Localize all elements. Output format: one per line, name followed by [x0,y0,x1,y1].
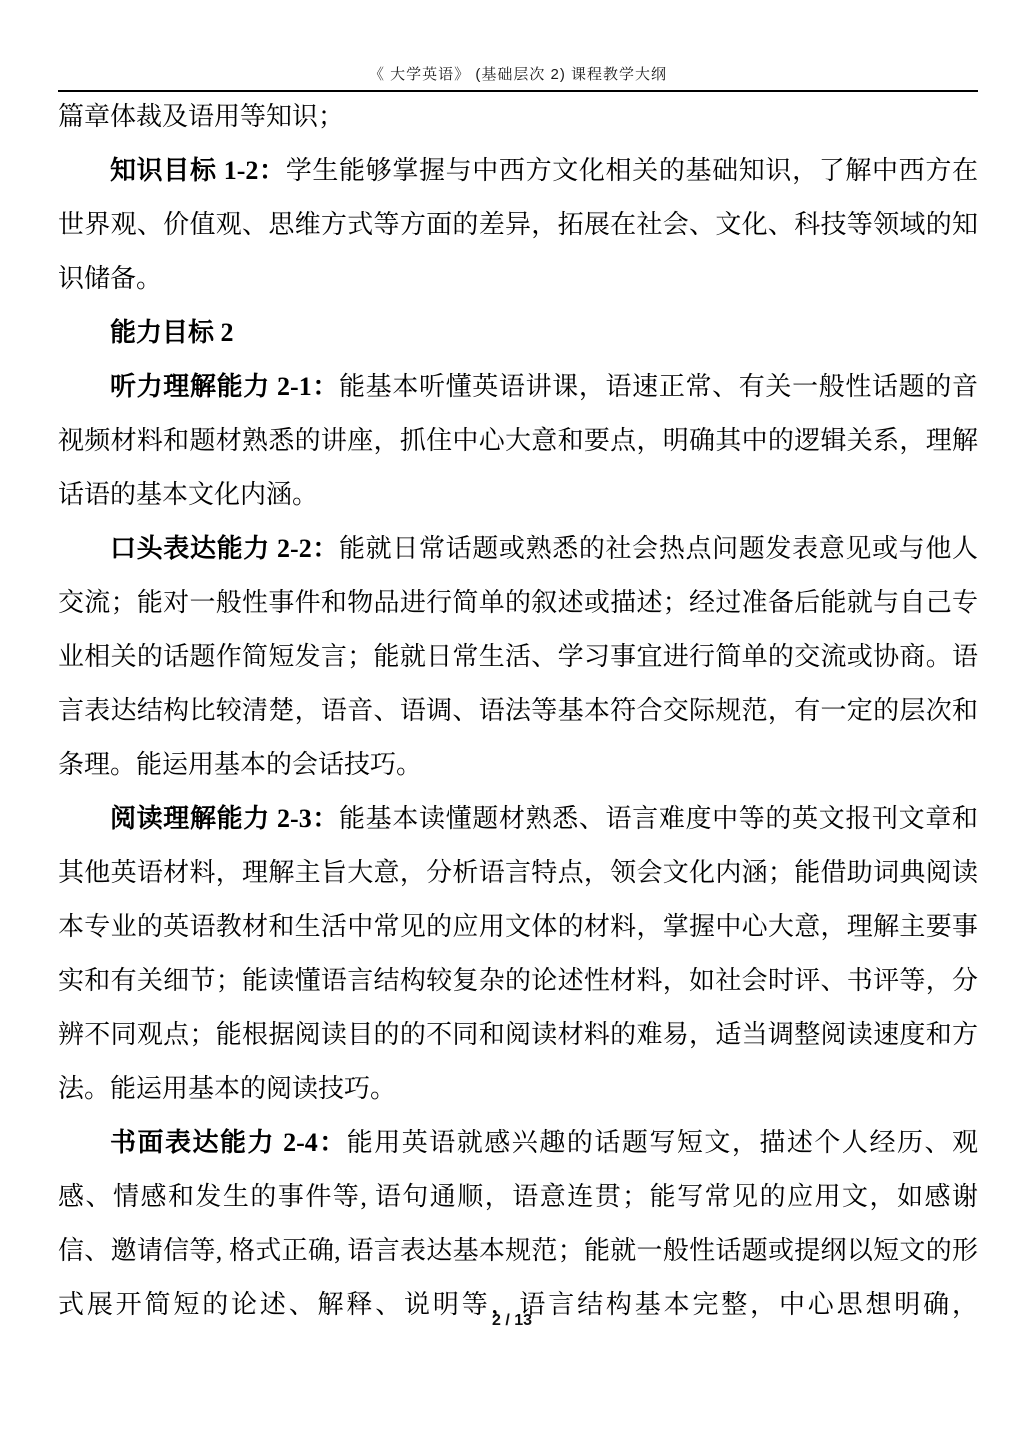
paragraph-text: 篇章体裁及语用等知识； [58,102,344,131]
paragraph: 书面表达能力 2-4：能用英语就感兴趣的话题写短文，描述个人经历、观感、情感和发… [58,1116,978,1332]
document-body: 篇章体裁及语用等知识；知识目标 1-2：学生能够掌握与中西方文化相关的基础知识，… [58,90,978,1332]
paragraph-lead-label: 口头表达能力 2-2： [110,534,339,563]
paragraph-lead-label: 听力理解能力 2-1： [110,372,339,401]
paragraph-lead-label: 阅读理解能力 2-3： [110,804,339,833]
paragraph: 阅读理解能力 2-3：能基本读懂题材熟悉、语言难度中等的英文报刊文章和其他英语材… [58,792,978,1116]
paragraph: 能力目标 2 [58,306,978,360]
paragraph: 篇章体裁及语用等知识； [58,90,978,144]
paragraph-text: 能就日常话题或熟悉的社会热点问题发表意见或与他人交流；能对一般性事件和物品进行简… [58,534,978,779]
paragraph-lead-label: 知识目标 1-2： [110,156,286,185]
page-header-title: 《 大学英语》 (基础层次 2) 课程教学大纲 [58,63,978,84]
paragraph: 知识目标 1-2：学生能够掌握与中西方文化相关的基础知识，了解中西方在世界观、价… [58,144,978,306]
paragraph-text: 能基本读懂题材熟悉、语言难度中等的英文报刊文章和其他英语材料，理解主旨大意，分析… [58,804,978,1103]
page-header: 《 大学英语》 (基础层次 2) 课程教学大纲 [58,0,978,92]
paragraph-lead-label: 能力目标 2 [110,318,234,347]
document-page: 《 大学英语》 (基础层次 2) 课程教学大纲 篇章体裁及语用等知识；知识目标 … [0,0,1024,1447]
paragraph: 听力理解能力 2-1：能基本听懂英语讲课，语速正常、有关一般性话题的音视频材料和… [58,360,978,522]
paragraph-lead-label: 书面表达能力 2-4： [110,1128,347,1157]
paragraph: 口头表达能力 2-2：能就日常话题或熟悉的社会热点问题发表意见或与他人交流；能对… [58,522,978,792]
page-footer: 2 / 13 [0,1312,1024,1330]
page-number: 2 / 13 [492,1312,532,1329]
